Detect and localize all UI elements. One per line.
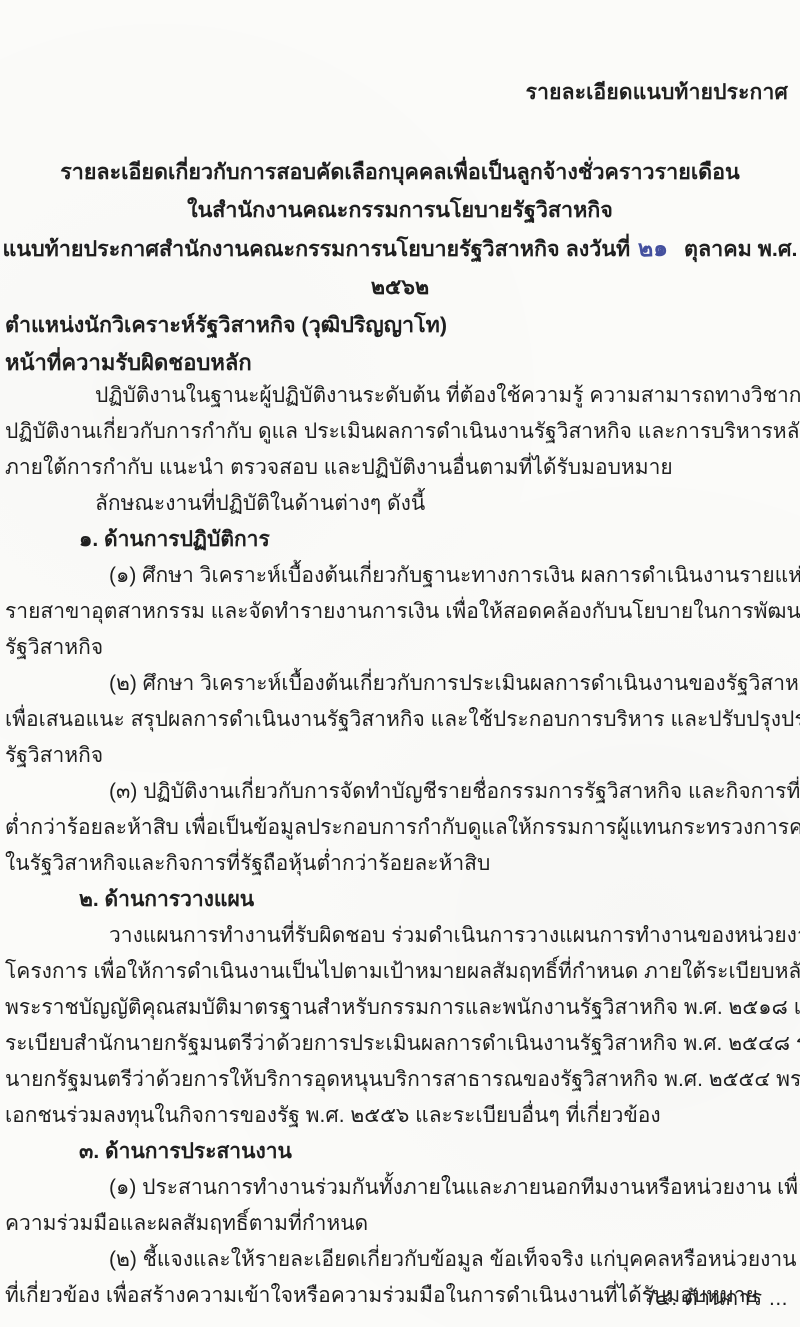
section-heading: ๒. ด้านการวางแผน (5, 882, 794, 918)
body-line: ปฏิบัติงานในฐานะผู้ปฏิบัติงานระดับต้น ที… (5, 378, 794, 414)
body-line: (๒) ชี้แจงและให้รายละเอียดเกี่ยวกับข้อมู… (5, 1242, 794, 1278)
title-block: รายละเอียดเกี่ยวกับการสอบคัดเลือกบุคคลเพ… (0, 153, 800, 344)
title-line-3: แนบท้ายประกาศสำนักงานคณะกรรมการนโยบายรัฐ… (0, 229, 800, 306)
body-line: ระเบียบสำนักนายกรัฐมนตรีว่าด้วยการประเมิ… (5, 1026, 794, 1062)
handwritten-date: ๒๑ (638, 228, 669, 267)
body-line: รายสาขาอุตสาหกรรม และจัดทำรายงานการเงิน … (5, 594, 794, 630)
body-line: ในรัฐวิสาหกิจและกิจการที่รัฐถือหุ้นต่ำกว… (5, 846, 794, 882)
body-line: รัฐวิสาหกิจ (5, 738, 794, 774)
body-line: (๓) ปฏิบัติงานเกี่ยวกับการจัดทำบัญชีรายช… (5, 774, 794, 810)
body-line: (๑) ศึกษา วิเคราะห์เบื้องต้นเกี่ยวกับฐาน… (5, 558, 794, 594)
position-line: ตำแหน่งนักวิเคราะห์รัฐวิสาหกิจ (วุฒิปริญ… (0, 306, 800, 344)
title-line-1: รายละเอียดเกี่ยวกับการสอบคัดเลือกบุคคลเพ… (0, 153, 800, 191)
footer-continuation-note: /๔. ด้านการ ... (649, 1282, 788, 1315)
body-line: โครงการ เพื่อให้การดำเนินงานเป็นไปตามเป้… (5, 954, 794, 990)
body-line: ลักษณะงานที่ปฏิบัติในด้านต่างๆ ดังนี้ (5, 486, 794, 522)
title-line-3-prefix: แนบท้ายประกาศสำนักงานคณะกรรมการนโยบายรัฐ… (2, 237, 630, 261)
body-lines: ปฏิบัติงานในฐานะผู้ปฏิบัติงานระดับต้น ที… (0, 378, 800, 1314)
body-line: เพื่อเสนอแนะ สรุปผลการดำเนินงานรัฐวิสาหก… (5, 702, 794, 738)
body-line: (๒) ศึกษา วิเคราะห์เบื้องต้นเกี่ยวกับการ… (5, 666, 794, 702)
body-line: พระราชบัญญัติคุณสมบัติมาตรฐานสำหรับกรรมก… (5, 990, 794, 1026)
document-page: รายละเอียดแนบท้ายประกาศ รายละเอียดเกี่ยว… (0, 0, 800, 1327)
main-duty-heading: หน้าที่ความรับผิดชอบหลัก (0, 348, 800, 378)
body-line: ภายใต้การกำกับ แนะนำ ตรวจสอบ และปฏิบัติง… (5, 450, 794, 486)
body-line: นายกรัฐมนตรีว่าด้วยการให้บริการอุดหนุนบร… (5, 1062, 794, 1098)
body-line: ความร่วมมือและผลสัมฤทธิ์ตามที่กำหนด (5, 1206, 794, 1242)
body-line: รัฐวิสาหกิจ (5, 630, 794, 666)
section-heading: ๑. ด้านการปฏิบัติการ (5, 522, 794, 558)
body-line: เอกชนร่วมลงทุนในกิจการของรัฐ พ.ศ. ๒๕๕๖ แ… (5, 1098, 794, 1134)
body-line: (๑) ประสานการทำงานร่วมกันทั้งภายในและภาย… (5, 1170, 794, 1206)
title-line-2: ในสำนักงานคณะกรรมการนโยบายรัฐวิสาหกิจ (0, 191, 800, 229)
body-line: ปฏิบัติงานเกี่ยวกับการกำกับ ดูแล ประเมิน… (5, 414, 794, 450)
body-line: ต่ำกว่าร้อยละห้าสิบ เพื่อเป็นข้อมูลประกอ… (5, 810, 794, 846)
body-line: วางแผนการทำงานที่รับผิดชอบ ร่วมดำเนินการ… (5, 918, 794, 954)
header-note: รายละเอียดแนบท้ายประกาศ (0, 0, 800, 109)
section-heading: ๓. ด้านการประสานงาน (5, 1134, 794, 1170)
